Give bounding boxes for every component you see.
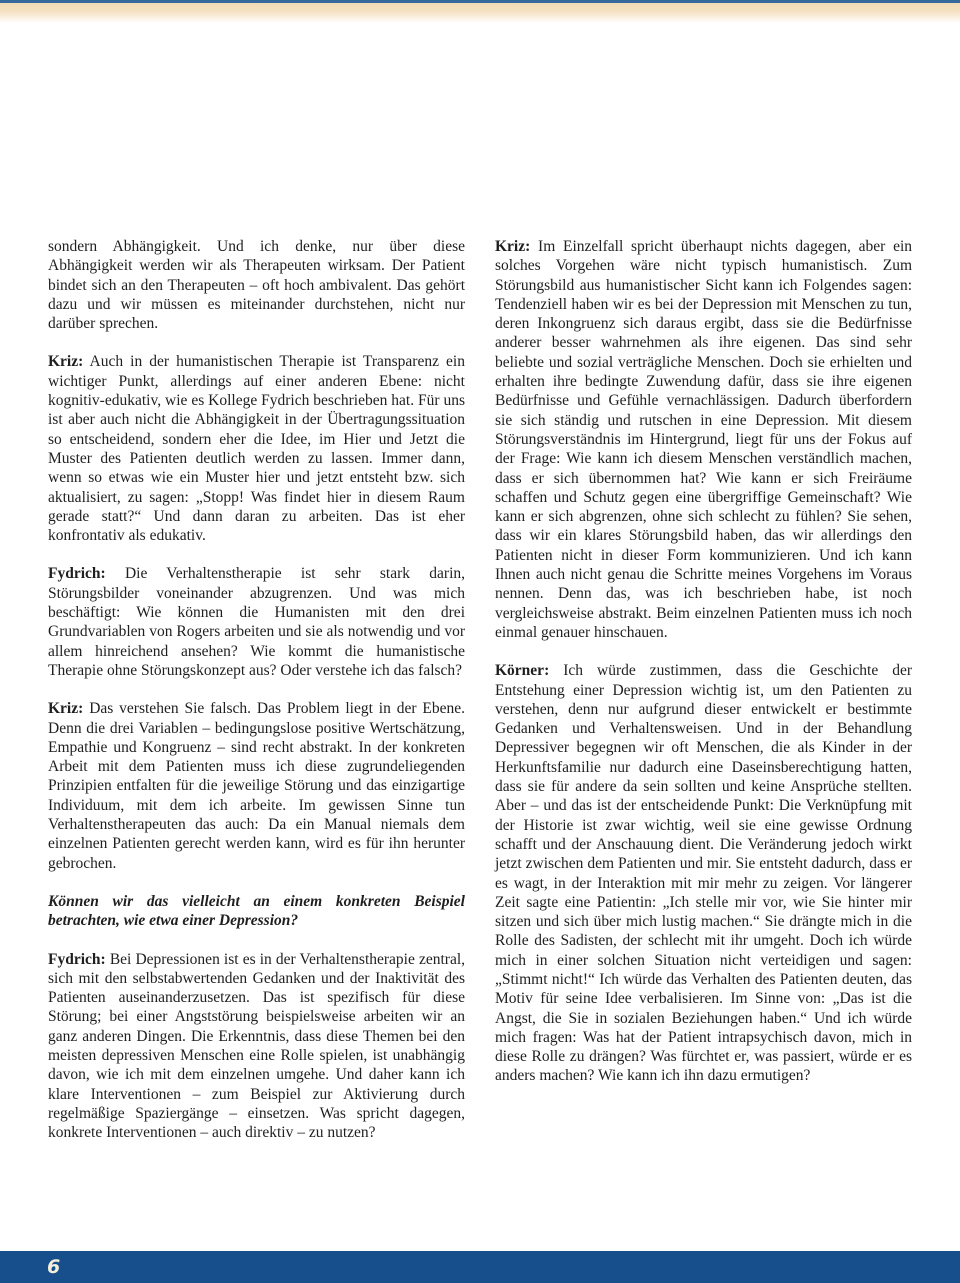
paragraph-fydrich: Fydrich: Bei Depressionen ist es in der … xyxy=(48,950,465,1143)
footer-band: 6 xyxy=(0,1251,960,1283)
interviewer-question: Können wir das vielleicht an einem konkr… xyxy=(48,892,465,931)
paragraph-kriz: Kriz: Auch in der humanistischen Therapi… xyxy=(48,352,465,545)
left-column: sondern Abhängigkeit. Und ich denke, nur… xyxy=(48,237,465,1142)
paragraph-text: Im Einzelfall spricht überhaupt nichts d… xyxy=(495,238,912,641)
paragraph-kriz: Kriz: Das verstehen Sie falsch. Das Prob… xyxy=(48,699,465,873)
speaker-name: Körner: xyxy=(495,662,549,679)
paragraph-text: Ich würde zustimmen, dass die Geschichte… xyxy=(495,662,912,1084)
speaker-name: Kriz: xyxy=(48,700,83,717)
paragraph-text: Die Verhaltenstherapie ist sehr stark da… xyxy=(48,565,465,678)
speaker-name: Kriz: xyxy=(48,353,83,370)
speaker-name: Fydrich: xyxy=(48,565,106,582)
paragraph-text: Auch in der humanistischen Therapie ist … xyxy=(48,353,465,544)
book-page: sondern Abhängigkeit. Und ich denke, nur… xyxy=(0,0,960,1283)
speaker-name: Fydrich: xyxy=(48,951,106,968)
top-accent-band xyxy=(0,3,960,23)
paragraph-text: sondern Abhängigkeit. Und ich denke, nur… xyxy=(48,238,465,332)
paragraph-text: Können wir das vielleicht an einem konkr… xyxy=(48,893,465,929)
paragraph-text: Das verstehen Sie falsch. Das Problem li… xyxy=(48,700,465,871)
speaker-name: Kriz: xyxy=(495,238,530,255)
right-column: Kriz: Im Einzelfall spricht überhaupt ni… xyxy=(495,237,912,1142)
paragraph-fydrich: Fydrich: Die Verhaltenstherapie ist sehr… xyxy=(48,564,465,680)
page-number: 6 xyxy=(47,1256,60,1278)
paragraph-text: Bei Depressionen ist es in der Verhalten… xyxy=(48,951,465,1142)
text-columns: sondern Abhängigkeit. Und ich denke, nur… xyxy=(48,237,912,1142)
paragraph-kriz: Kriz: Im Einzelfall spricht überhaupt ni… xyxy=(495,237,912,642)
paragraph-continuation: sondern Abhängigkeit. Und ich denke, nur… xyxy=(48,237,465,333)
paragraph-koerner: Körner: Ich würde zustimmen, dass die Ge… xyxy=(495,661,912,1086)
